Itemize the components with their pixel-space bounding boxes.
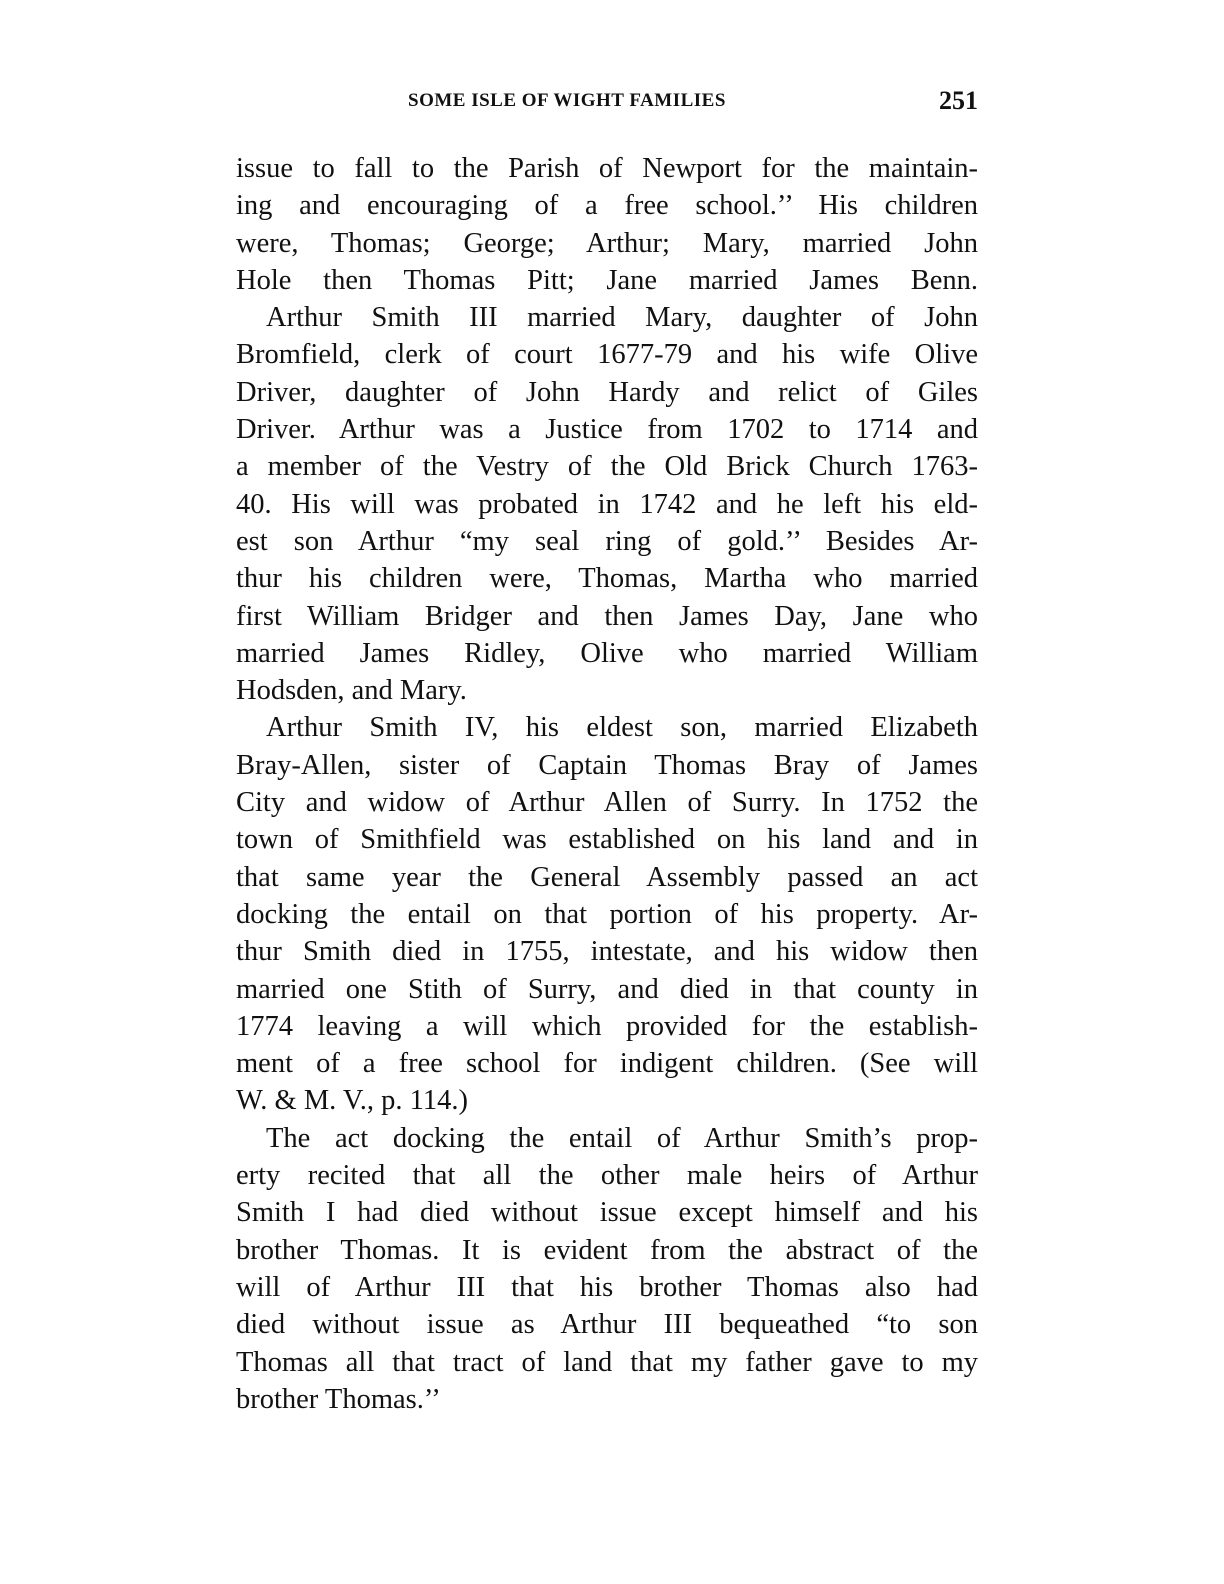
text-line: ing and encouraging of a free school.’’ …	[236, 187, 978, 224]
text-line: brother Thomas. It is evident from the a…	[236, 1232, 978, 1269]
text-line: first William Bridger and then James Day…	[236, 598, 978, 635]
text-line: issue to fall to the Parish of Newport f…	[236, 150, 978, 187]
text-line: Hodsden, and Mary.	[236, 672, 978, 709]
text-line: Hole then Thomas Pitt; Jane married Jame…	[236, 262, 978, 299]
text-line: a member of the Vestry of the Old Brick …	[236, 448, 978, 485]
text-line: Smith I had died without issue except hi…	[236, 1194, 978, 1231]
text-line: ment of a free school for indigent child…	[236, 1045, 978, 1082]
text-line: 1774 leaving a will which provided for t…	[236, 1008, 978, 1045]
paragraph: issue to fall to the Parish of Newport f…	[236, 150, 978, 299]
running-head: SOME ISLE OF WIGHT FAMILIES 251	[236, 88, 978, 118]
text-line: W. & M. V., p. 114.)	[236, 1082, 978, 1119]
text-line: City and widow of Arthur Allen of Surry.…	[236, 784, 978, 821]
text-line: brother Thomas.’’	[236, 1381, 978, 1418]
text-line: were, Thomas; George; Arthur; Mary, marr…	[236, 225, 978, 262]
text-line: The act docking the entail of Arthur Smi…	[236, 1120, 978, 1157]
running-title: SOME ISLE OF WIGHT FAMILIES	[408, 90, 726, 112]
text-line: Driver, daughter of John Hardy and relic…	[236, 374, 978, 411]
paragraph: Arthur Smith IV, his eldest son, married…	[236, 709, 978, 1119]
page-number: 251	[939, 86, 978, 116]
text-line: Bromfield, clerk of court 1677-79 and hi…	[236, 336, 978, 373]
text-line: thur Smith died in 1755, intestate, and …	[236, 933, 978, 970]
text-line: Arthur Smith III married Mary, daughter …	[236, 299, 978, 336]
text-line: that same year the General Assembly pass…	[236, 859, 978, 896]
text-line: Driver. Arthur was a Justice from 1702 t…	[236, 411, 978, 448]
text-line: thur his children were, Thomas, Martha w…	[236, 560, 978, 597]
text-line: married one Stith of Surry, and died in …	[236, 971, 978, 1008]
body-text: issue to fall to the Parish of Newport f…	[236, 150, 978, 1418]
text-line: died without issue as Arthur III bequeat…	[236, 1306, 978, 1343]
text-line: erty recited that all the other male hei…	[236, 1157, 978, 1194]
text-line: docking the entail on that portion of hi…	[236, 896, 978, 933]
paragraph: The act docking the entail of Arthur Smi…	[236, 1120, 978, 1418]
text-line: Bray-Allen, sister of Captain Thomas Bra…	[236, 747, 978, 784]
text-line: 40. His will was probated in 1742 and he…	[236, 486, 978, 523]
text-line: town of Smithfield was established on hi…	[236, 821, 978, 858]
text-line: Thomas all that tract of land that my fa…	[236, 1344, 978, 1381]
text-line: married James Ridley, Olive who married …	[236, 635, 978, 672]
paragraph: Arthur Smith III married Mary, daughter …	[236, 299, 978, 709]
text-line: will of Arthur III that his brother Thom…	[236, 1269, 978, 1306]
text-line: est son Arthur “my seal ring of gold.’’ …	[236, 523, 978, 560]
text-line: Arthur Smith IV, his eldest son, married…	[236, 709, 978, 746]
